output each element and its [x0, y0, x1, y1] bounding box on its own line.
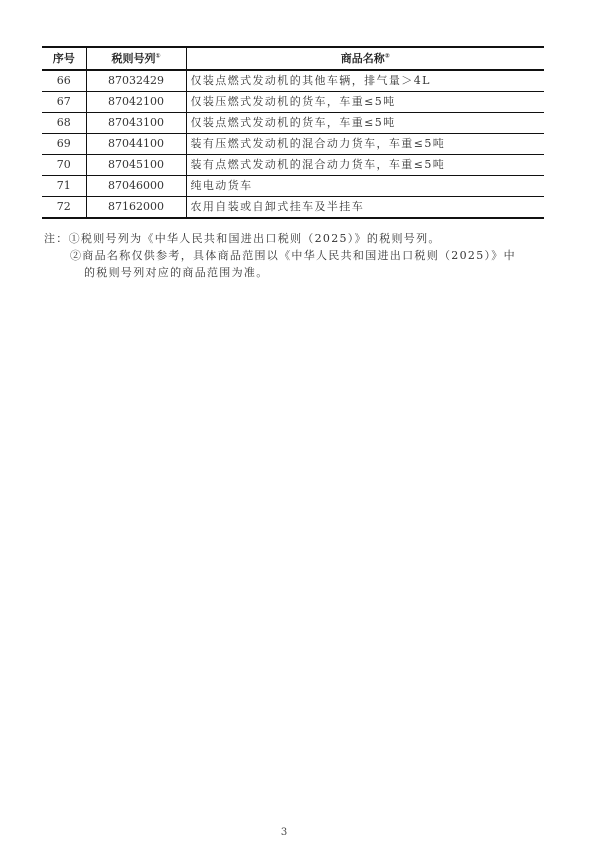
cell-seq: 67: [42, 92, 86, 113]
cell-name: 仅装点燃式发动机的其他车辆，排气量＞4L: [186, 70, 544, 92]
cell-name: 仅装点燃式发动机的货车，车重≤5吨: [186, 113, 544, 134]
cell-seq: 70: [42, 155, 86, 176]
table-row: 67 87042100 仅装压燃式发动机的货车，车重≤5吨: [42, 92, 544, 113]
cell-name: 纯电动货车: [186, 176, 544, 197]
footnote-marker-1: ①: [155, 52, 160, 59]
cell-seq: 66: [42, 70, 86, 92]
cell-seq: 68: [42, 113, 86, 134]
table-row: 70 87045100 装有点燃式发动机的混合动力货车，车重≤5吨: [42, 155, 544, 176]
cell-code: 87042100: [86, 92, 186, 113]
cell-code: 87043100: [86, 113, 186, 134]
cell-code: 87162000: [86, 197, 186, 219]
cell-code: 87044100: [86, 134, 186, 155]
document-page: 序号 税则号列① 商品名称② 66 87032429 仅装点燃式发动机的其他车辆…: [0, 0, 598, 845]
cell-name: 农用自装或自卸式挂车及半挂车: [186, 197, 544, 219]
tariff-table: 序号 税则号列① 商品名称② 66 87032429 仅装点燃式发动机的其他车辆…: [42, 46, 544, 219]
table-row: 68 87043100 仅装点燃式发动机的货车，车重≤5吨: [42, 113, 544, 134]
footnote-1: 注：①税则号列为《中华人民共和国进出口税则（2025）》的税则号列。: [44, 230, 564, 247]
table-header-row: 序号 税则号列① 商品名称②: [42, 47, 544, 70]
cell-seq: 72: [42, 197, 86, 219]
table-row: 66 87032429 仅装点燃式发动机的其他车辆，排气量＞4L: [42, 70, 544, 92]
cell-name: 装有压燃式发动机的混合动力货车，车重≤5吨: [186, 134, 544, 155]
footnote-2-continued: 的税则号列对应的商品范围为准。: [44, 264, 564, 281]
header-code: 税则号列①: [86, 47, 186, 70]
footnote-2: ②商品名称仅供参考，具体商品范围以《中华人民共和国进出口税则（2025）》中: [44, 247, 564, 264]
table-row: 69 87044100 装有压燃式发动机的混合动力货车，车重≤5吨: [42, 134, 544, 155]
page-number: 3: [279, 827, 289, 838]
footnote-marker-2: ②: [385, 52, 390, 59]
cell-name: 装有点燃式发动机的混合动力货车，车重≤5吨: [186, 155, 544, 176]
cell-name: 仅装压燃式发动机的货车，车重≤5吨: [186, 92, 544, 113]
cell-code: 87032429: [86, 70, 186, 92]
header-name: 商品名称②: [186, 47, 544, 70]
table-row: 71 87046000 纯电动货车: [42, 176, 544, 197]
cell-seq: 69: [42, 134, 86, 155]
table-row: 72 87162000 农用自装或自卸式挂车及半挂车: [42, 197, 544, 219]
cell-seq: 71: [42, 176, 86, 197]
cell-code: 87045100: [86, 155, 186, 176]
footnotes: 注：①税则号列为《中华人民共和国进出口税则（2025）》的税则号列。 ②商品名称…: [44, 230, 564, 281]
header-seq: 序号: [42, 47, 86, 70]
cell-code: 87046000: [86, 176, 186, 197]
